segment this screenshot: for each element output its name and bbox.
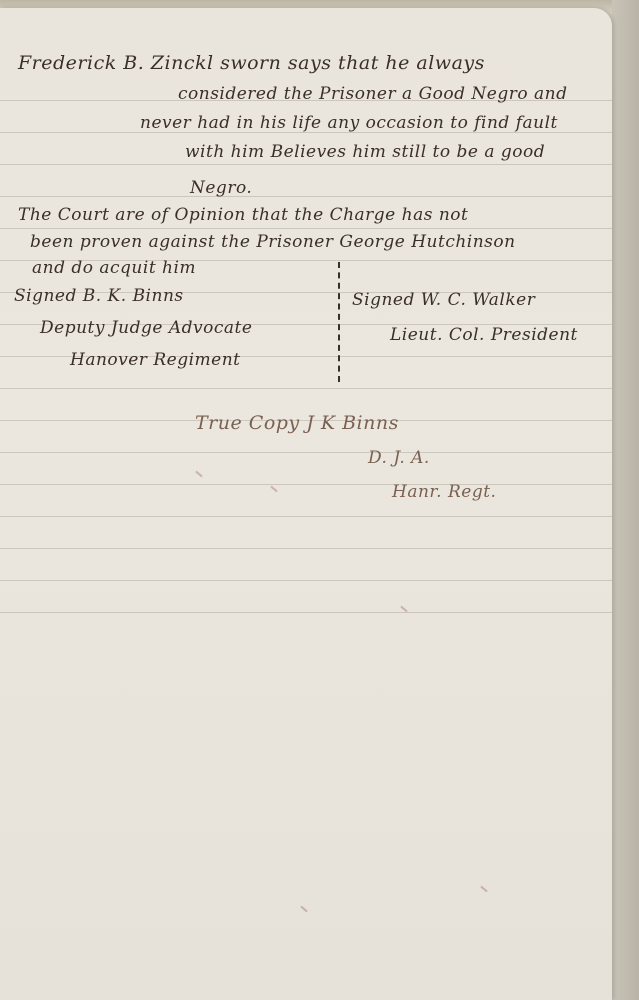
ink-show-through — [195, 471, 202, 478]
ink-show-through — [300, 906, 307, 913]
testimony-line-4: with him Believes him still to be a good — [185, 142, 545, 162]
ruled-line — [0, 516, 612, 517]
ruled-line — [0, 164, 612, 165]
testimony-line-2: considered the Prisoner a Good Negro and — [178, 84, 567, 104]
signature-right-name: Signed W. C. Walker — [352, 290, 535, 310]
attestation-title: D. J. A. — [368, 448, 430, 468]
ruled-line — [0, 580, 612, 581]
ruled-line — [0, 196, 612, 197]
verdict-line-1: The Court are of Opinion that the Charge… — [18, 205, 468, 225]
attestation-true-copy: True Copy J K Binns — [195, 412, 399, 434]
signature-right-title: Lieut. Col. President — [390, 325, 578, 345]
verdict-line-2: been proven against the Prisoner George … — [30, 232, 516, 252]
ruled-line — [0, 612, 612, 613]
ruled-line — [0, 484, 612, 485]
signature-left-name: Signed B. K. Binns — [14, 286, 184, 306]
signature-left-regiment: Hanover Regiment — [70, 350, 240, 370]
page-right-edge — [612, 0, 639, 1000]
ruled-line — [0, 548, 612, 549]
signature-left-title: Deputy Judge Advocate — [40, 318, 252, 338]
testimony-line-3: never had in his life any occasion to fi… — [140, 113, 558, 133]
ruled-line — [0, 452, 612, 453]
ruled-line — [0, 388, 612, 389]
signature-bracket — [338, 262, 350, 382]
ink-show-through — [480, 886, 487, 893]
ruled-line — [0, 228, 612, 229]
ink-show-through — [270, 486, 277, 493]
verdict-line-3: and do acquit him — [32, 258, 196, 278]
attestation-regiment: Hanr. Regt. — [392, 482, 496, 502]
testimony-line-5: Negro. — [190, 178, 252, 198]
testimony-line-1: Frederick B. Zinckl sworn says that he a… — [18, 52, 485, 74]
